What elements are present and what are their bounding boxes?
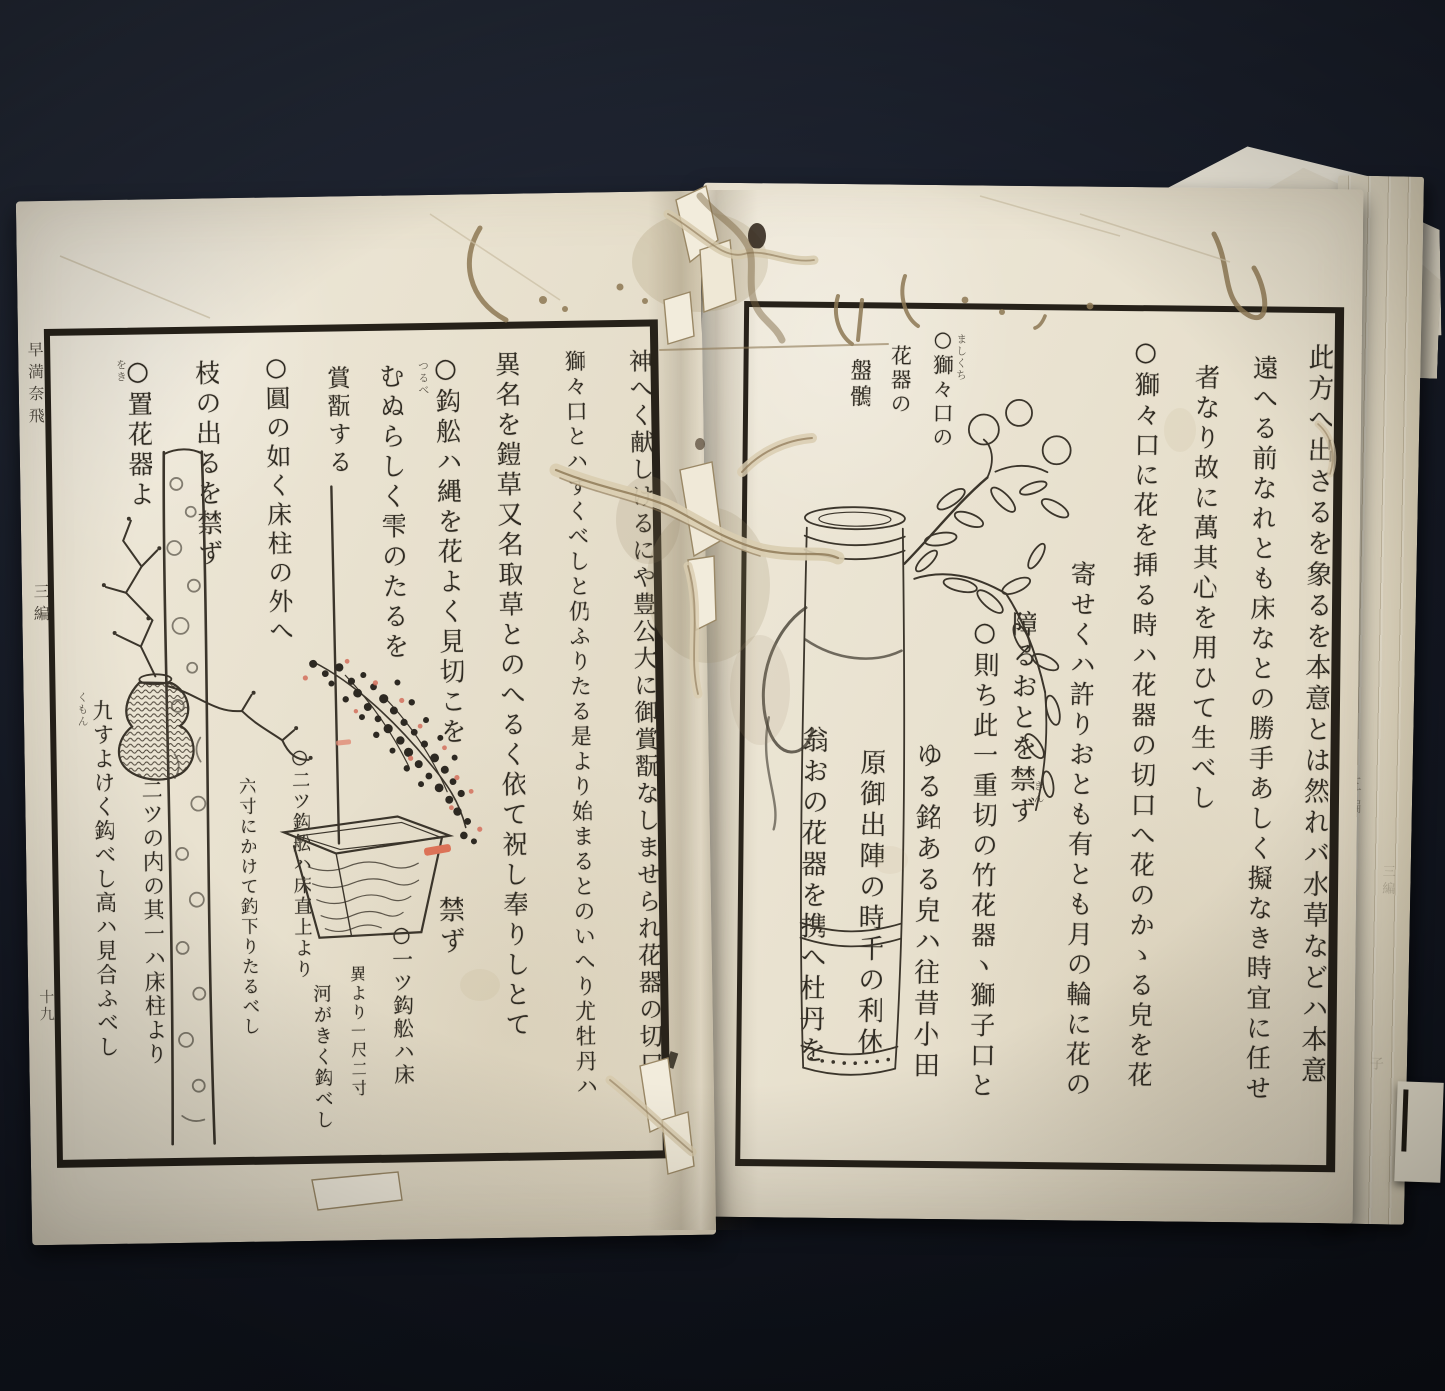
fore-edge-ghost-glyph: 子: [1369, 1056, 1383, 1070]
furigana: ましくち: [955, 333, 967, 381]
right-page-frame: 此方へ出さるを象るを本意とは然れバ水草などハ本意 遠へる前なれとも床なとの勝手あ…: [735, 301, 1344, 1172]
left-page-illustration: [50, 327, 649, 1146]
page-number-label: 十九: [38, 989, 54, 1023]
under-page-corner: [1394, 1081, 1443, 1183]
right-page: 此方へ出さるを象るを本意とは然れバ水草などハ本意 遠へる前なれとも床なとの勝手あ…: [693, 183, 1364, 1224]
bamboo-vase-illustration: [748, 377, 1086, 1140]
text-column: ○獅々口に花を挿る時ハ花器の切口へ花のかゝる皃を花: [1124, 337, 1158, 1137]
hashira-running-title: 早満奈飛: [26, 341, 43, 429]
hanging-gourd-basket: [118, 674, 194, 781]
text-column: 此方へ出さるを象るを本意とは然れバ水草などハ本意: [1298, 343, 1333, 1133]
text-column: 遠へる前なれとも床なとの勝手あしく擬なき時宜に任せ: [1242, 354, 1276, 1134]
left-page-frame: 神へく献しけるにや豊公大に御賞翫なしませられ花器の切口を 獅々口とハすくべしと仍…: [44, 319, 671, 1168]
square-wooden-vase: [284, 816, 452, 939]
photo-of-open-book: 早満奈飛 三編 三編 子 此方へ出さるを象るを本意とは然れバ水草などハ本意 遠へ…: [0, 0, 1445, 1391]
tokobashira-pillar: [162, 449, 215, 1144]
left-page: 早満奈飛 三編 十九 神へく献しけるにや豊公大に御賞翫なしませられ花器の切口を …: [16, 191, 716, 1246]
hashira-volume-label: 三編: [32, 583, 49, 627]
flower-spray: [302, 657, 482, 847]
bamboo-vase: [799, 507, 907, 1076]
fore-edge-volume-2: 三編: [1380, 864, 1394, 898]
under-page-frame-mark: [1401, 1089, 1408, 1151]
mandarin-branch: [902, 399, 1072, 811]
vase-dot-band: [809, 1057, 890, 1065]
text-column: 者なり故に萬其心を用ひて生べし: [1187, 364, 1219, 894]
vine-cord: [762, 607, 902, 830]
